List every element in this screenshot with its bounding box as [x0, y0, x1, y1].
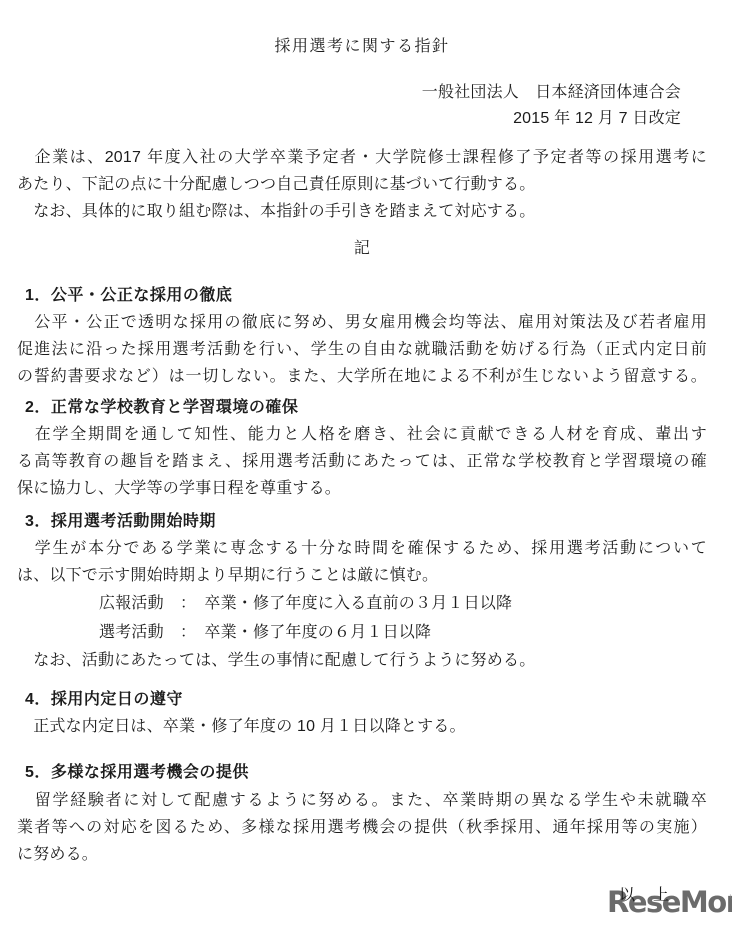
closing-label: 以 上 [619, 885, 670, 907]
intro-line: 企業は、2017 年度入社の大学卒業予定者・大学院修士課程修了予定者等の採用選考… [17, 147, 707, 169]
section-4-heading: 4．採用内定日の遵守 [25, 689, 707, 711]
document-page: 採用選考に関する指針 一般社団法人 日本経済団体連合会 2015 年 12 月 … [0, 0, 732, 934]
section-1-line: 促進法に沿った採用選考活動を行い、学生の自由な就職活動を妨げる行為（正式内定日前 [17, 339, 707, 361]
revision-date: 2015 年 12 月 7 日改定 [17, 108, 681, 130]
resemom-ruby-label: リセマム [728, 881, 732, 913]
section-2-line: 保に協力し、大学等の学事日程を尊重する。 [17, 478, 707, 500]
schedule-line-koho: 広報活動 ： 卒業・修了年度に入る直前の３月１日以降 [99, 593, 707, 615]
page-title: 採用選考に関する指針 [17, 36, 707, 58]
section-5-line: 留学経験者に対して配慮するように努める。また、卒業時期の異なる学生や未就職卒 [17, 790, 707, 812]
section-1-line: 公平・公正で透明な採用の徹底に努め、男女雇用機会均等法、雇用対策法及び若者雇用 [17, 312, 707, 334]
section-4-line: 正式な内定日は、卒業・修了年度の 10 月１日以降とする。 [17, 716, 707, 738]
section-5-heading: 5．多様な採用選考機会の提供 [25, 762, 707, 784]
section-1-heading: 1．公平・公正な採用の徹底 [25, 285, 707, 307]
section-3-line: 学生が本分である学業に専念する十分な時間を確保するため、採用選考活動について [17, 538, 707, 560]
intro-line: なお、具体的に取り組む際は、本指針の手引きを踏まえて対応する。 [17, 201, 707, 223]
section-3-line: は、以下で示す開始時期より早期に行うことは厳に慎む。 [17, 565, 707, 587]
section-5-line: に努める。 [17, 844, 707, 866]
ki-label: 記 [17, 238, 707, 260]
section-2-line: 在学全期間を通して知性、能力と人格を磨き、社会に貢献できる人材を育成、輩出す [17, 424, 707, 446]
schedule-line-senko: 選考活動 ： 卒業・修了年度の６月１日以降 [99, 622, 707, 644]
section-5-line: 業者等への対応を図るため、多様な採用選考機会の提供（秋季採用、通年採用等の実施） [17, 817, 707, 839]
section-1-line: の誓約書要求など）は一切しない。また、大学所在地による不利が生じないよう留意する… [17, 366, 707, 388]
intro-line: あたり、下記の点に十分配慮しつつ自己責任原則に基づいて行動する。 [17, 174, 707, 196]
section-2-heading: 2．正常な学校教育と学習環境の確保 [25, 397, 707, 419]
section-3-line: なお、活動にあたっては、学生の事情に配慮して行うように努める。 [17, 650, 707, 672]
section-2-line: る高等教育の趣旨を踏まえ、採用選考活動にあたっては、正常な学校教育と学習環境の確 [17, 451, 707, 473]
issuer-line: 一般社団法人 日本経済団体連合会 [17, 82, 681, 104]
section-3-heading: 3．採用選考活動開始時期 [25, 511, 707, 533]
